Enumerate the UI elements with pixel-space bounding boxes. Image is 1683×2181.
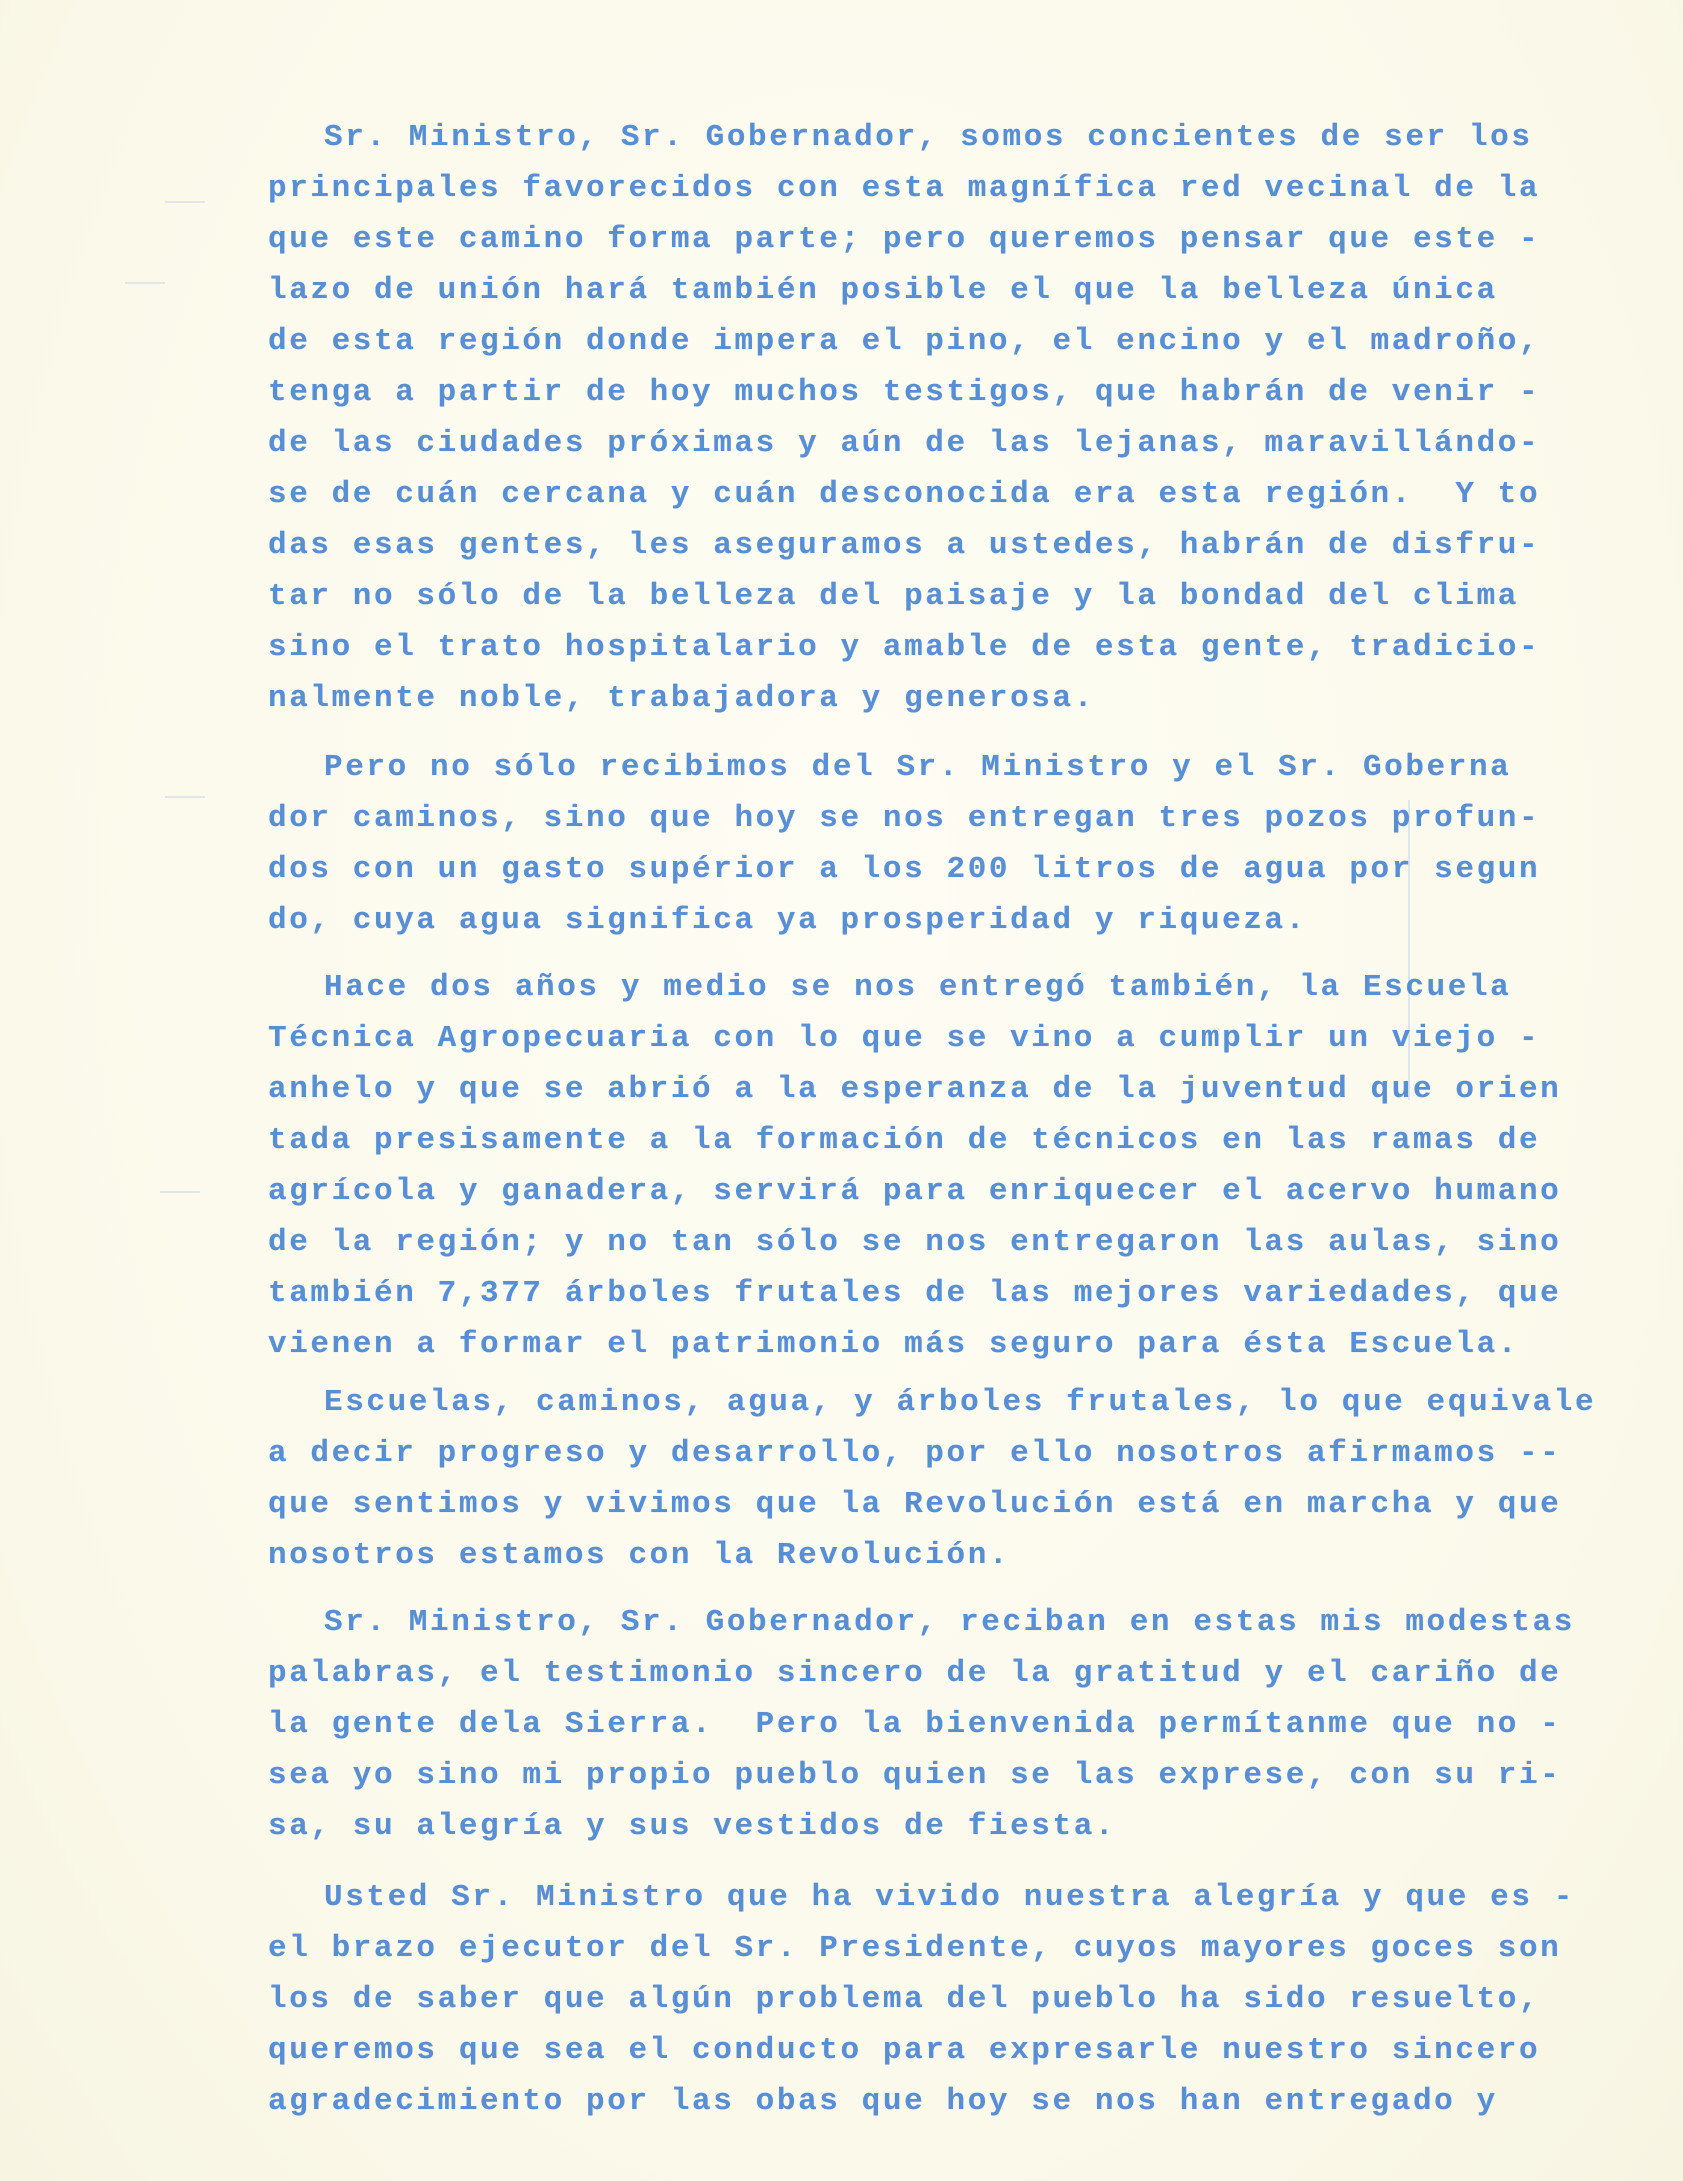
text-line: sea yo sino mi propio pueblo quien se la… (268, 1758, 1561, 1793)
text-line: la gente dela Sierra. Pero la bienvenida… (268, 1707, 1561, 1742)
text-line: los de saber que algún problema del pueb… (268, 1982, 1540, 2017)
text-line: Sr. Ministro, Sr. Gobernador, somos conc… (324, 120, 1533, 155)
text-line: que este camino forma parte; pero querem… (268, 222, 1540, 257)
text-line: el brazo ejecutor del Sr. Presidente, cu… (268, 1931, 1561, 1966)
text-line: de la región; y no tan sólo se nos entre… (268, 1225, 1561, 1260)
text-line: tada presisamente a la formación de técn… (268, 1123, 1540, 1158)
text-line: que sentimos y vivimos que la Revolución… (268, 1487, 1561, 1522)
text-line: sa, su alegría y sus vestidos de fiesta. (268, 1809, 1116, 1844)
typewritten-page: Sr. Ministro, Sr. Gobernador, somos conc… (0, 0, 1683, 2181)
text-line: dor caminos, sino que hoy se nos entrega… (268, 801, 1540, 836)
margin-mark (125, 282, 165, 284)
text-line: anhelo y que se abrió a la esperanza de … (268, 1072, 1561, 1107)
margin-mark (160, 1191, 200, 1193)
text-line: do, cuya agua significa ya prosperidad y… (268, 903, 1307, 938)
text-line: Pero no sólo recibimos del Sr. Ministro … (324, 750, 1511, 785)
text-line: de esta región donde impera el pino, el … (268, 324, 1540, 359)
text-line: a decir progreso y desarrollo, por ello … (268, 1436, 1561, 1471)
text-line: Escuelas, caminos, agua, y árboles fruta… (324, 1385, 1596, 1420)
text-line: nalmente noble, trabajadora y generosa. (268, 681, 1095, 716)
text-line: también 7,377 árboles frutales de las me… (268, 1276, 1561, 1311)
text-line: Técnica Agropecuaria con lo que se vino … (268, 1021, 1540, 1056)
text-line: palabras, el testimonio sincero de la gr… (268, 1656, 1561, 1691)
text-line: tar no sólo de la belleza del paisaje y … (268, 579, 1519, 614)
text-line: dos con un gasto supérior a los 200 litr… (268, 852, 1540, 887)
text-line: de las ciudades próximas y aún de las le… (268, 426, 1540, 461)
text-line: agradecimiento por las obas que hoy se n… (268, 2084, 1498, 2119)
text-line: se de cuán cercana y cuán desconocida er… (268, 477, 1540, 512)
margin-mark (165, 796, 205, 798)
text-line: Usted Sr. Ministro que ha vivido nuestra… (324, 1880, 1575, 1915)
text-line: queremos que sea el conducto para expres… (268, 2033, 1540, 2068)
text-line: lazo de unión hará también posible el qu… (268, 273, 1498, 308)
text-line: sino el trato hospitalario y amable de e… (268, 630, 1540, 665)
text-line: das esas gentes, les aseguramos a ustede… (268, 528, 1540, 563)
text-line: tenga a partir de hoy muchos testigos, q… (268, 375, 1540, 410)
margin-mark (165, 201, 205, 203)
text-line: vienen a formar el patrimonio más seguro… (268, 1327, 1519, 1362)
text-line: Hace dos años y medio se nos entregó tam… (324, 970, 1511, 1005)
text-line: agrícola y ganadera, servirá para enriqu… (268, 1174, 1561, 1209)
text-line: principales favorecidos con esta magnífi… (268, 171, 1540, 206)
text-line: Sr. Ministro, Sr. Gobernador, reciban en… (324, 1605, 1575, 1640)
text-line: nosotros estamos con la Revolución. (268, 1538, 1010, 1573)
